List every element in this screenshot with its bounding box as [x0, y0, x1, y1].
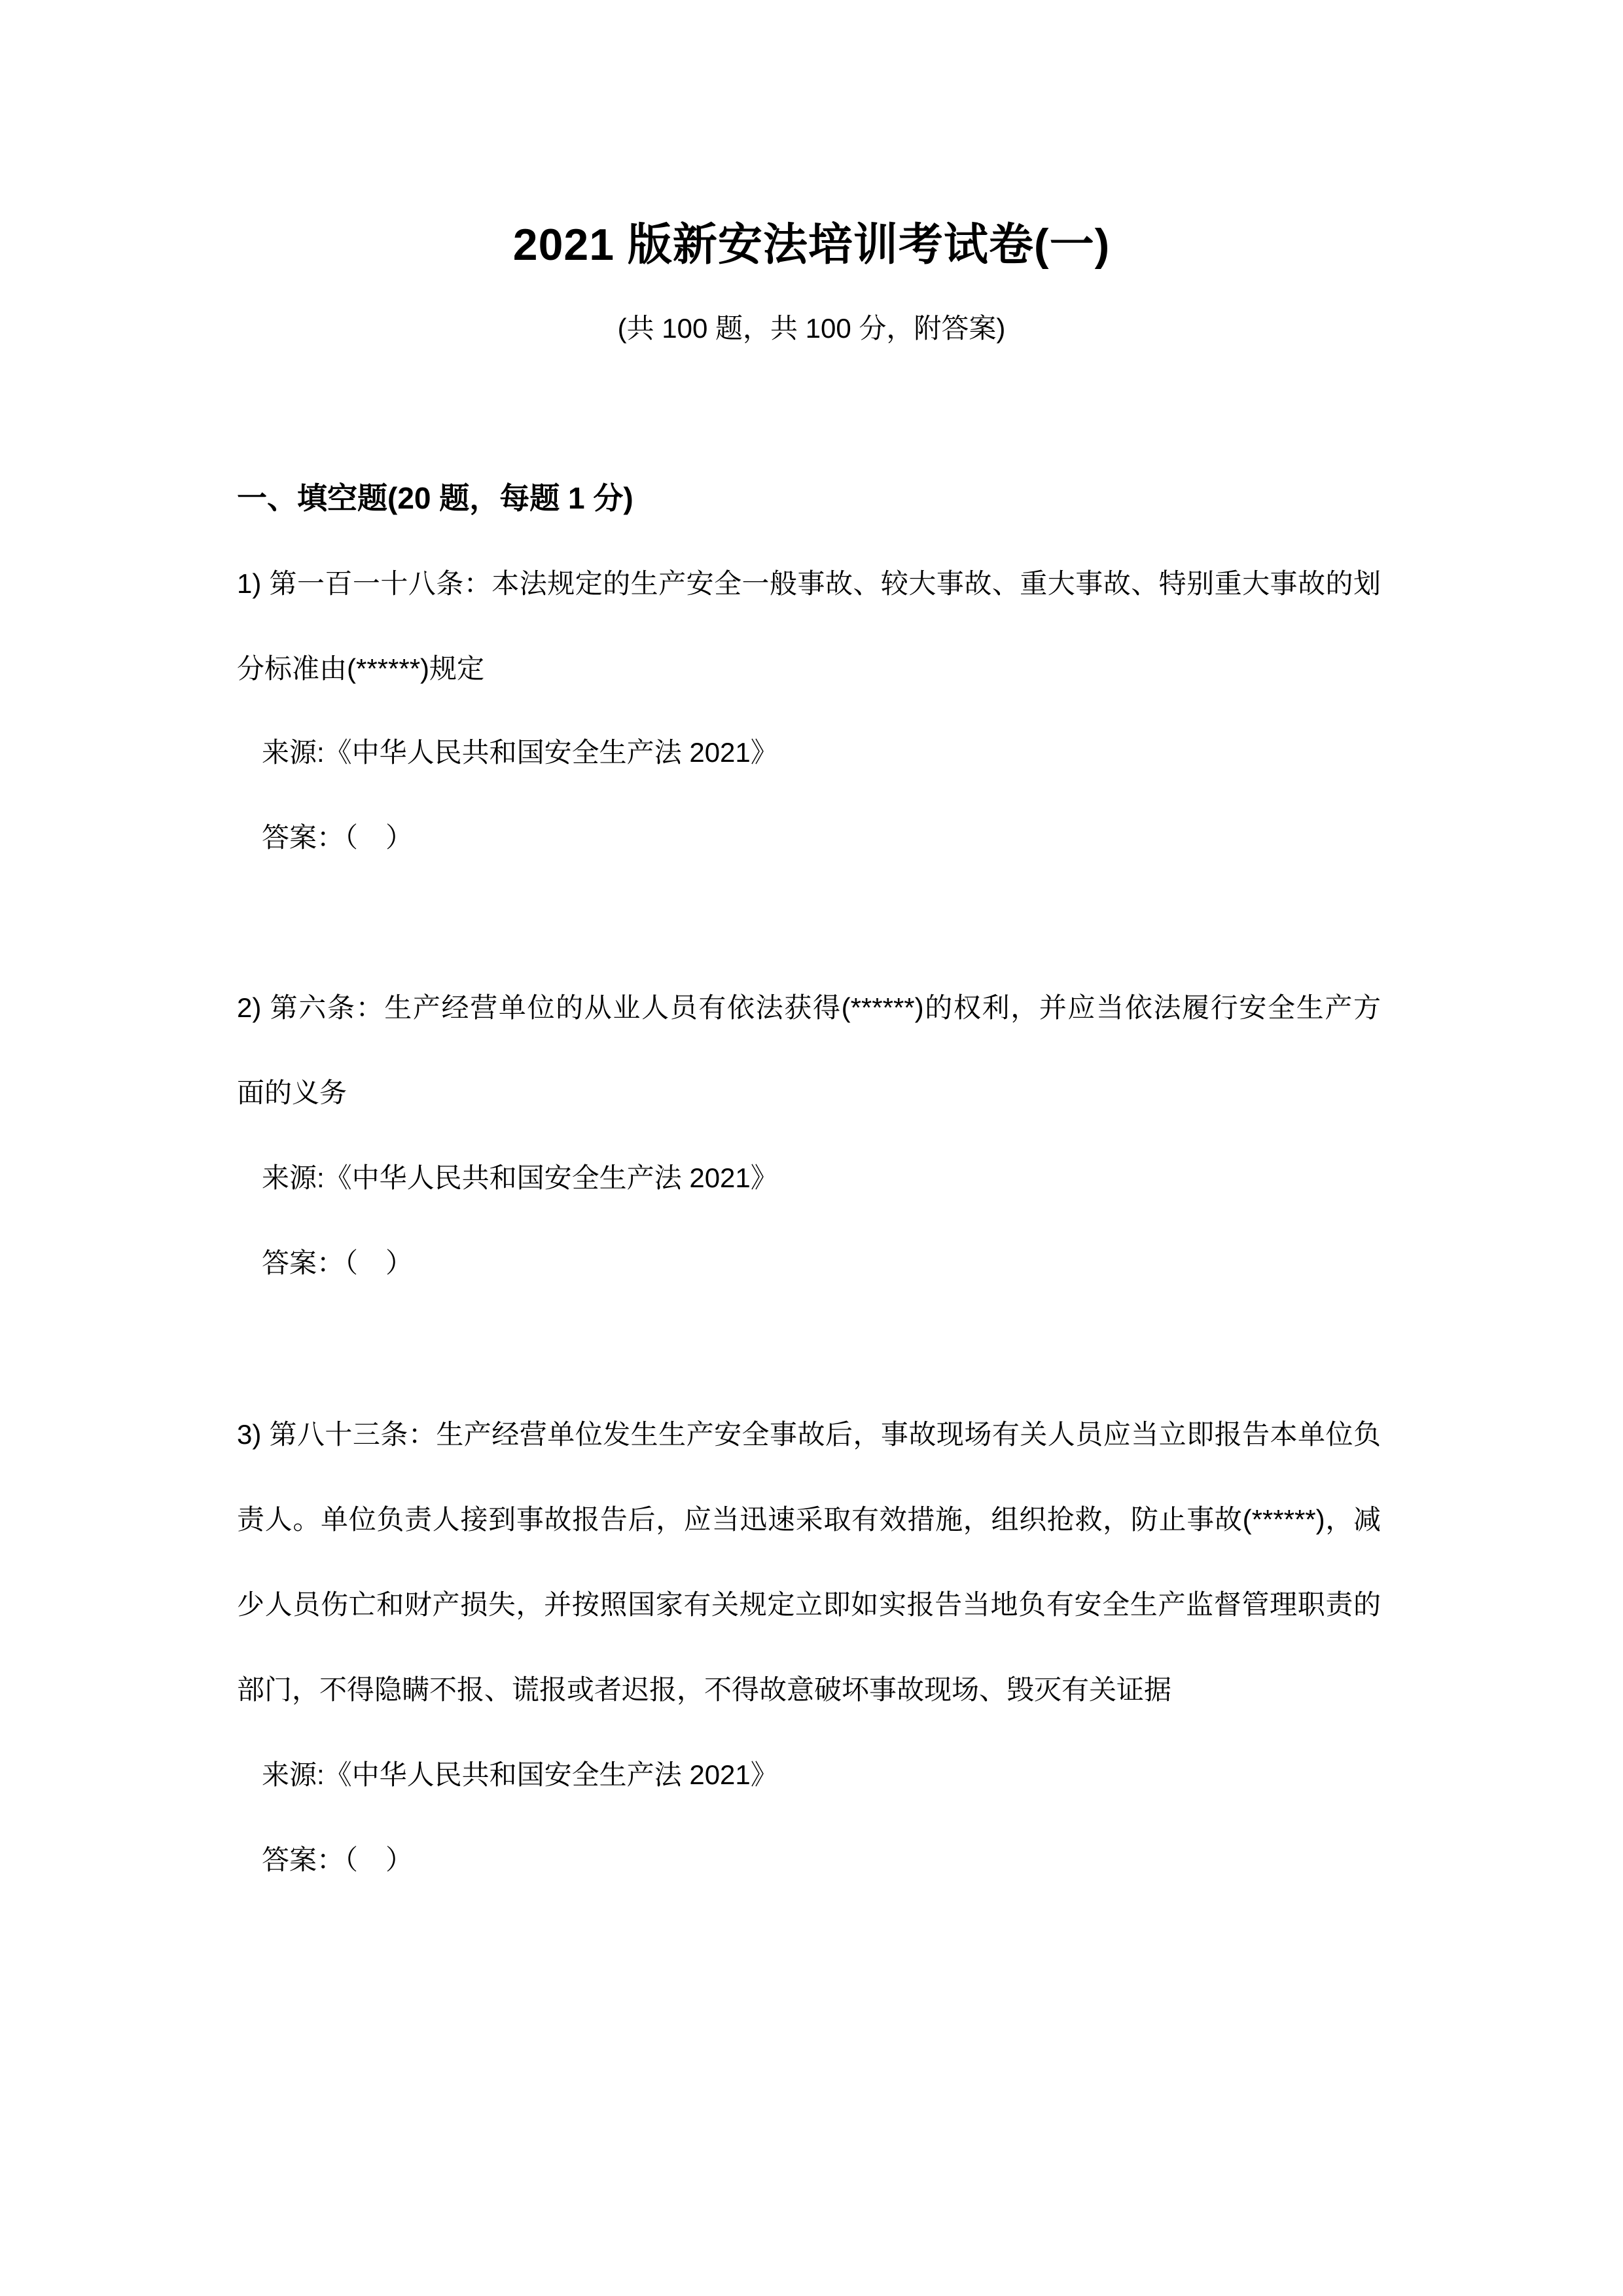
section-heading: 一、填空题(20 题，每题 1 分): [237, 480, 633, 518]
question-text-line: 1) 第一百一十八条：本法规定的生产安全一般事故、较大事故、重大事故、特别重大事…: [237, 567, 1381, 601]
question-text-line: 部门，不得隐瞒不报、谎报或者迟报，不得故意破坏事故现场、毁灭有关证据: [237, 1673, 1381, 1708]
question-answer-blank: 答案：（ ）: [262, 1843, 413, 1878]
question-text-line: 3) 第八十三条：生产经营单位发生生产安全事故后，事故现场有关人员应当立即报告本…: [237, 1418, 1381, 1452]
question-text-line: 分标准由(******)规定: [237, 652, 1381, 687]
question-text-line: 少人员伤亡和财产损失，并按照国家有关规定立即如实报告当地负有安全生产监督管理职责…: [237, 1588, 1381, 1623]
document-subtitle: (共 100 题，共 100 分，附答案): [0, 312, 1623, 346]
question-source: 来源:《中华人民共和国安全生产法 2021》: [262, 1161, 778, 1196]
question-answer-blank: 答案：（ ）: [262, 821, 413, 855]
document-title: 2021 版新安法培训考试卷(一): [0, 217, 1623, 273]
question-source: 来源:《中华人民共和国安全生产法 2021》: [262, 1758, 778, 1793]
exam-document-page: 2021 版新安法培训考试卷(一) (共 100 题，共 100 分，附答案) …: [0, 0, 1623, 2296]
question-text-line: 面的义务: [237, 1076, 1381, 1111]
question-text-line: 2) 第六条：生产经营单位的从业人员有依法获得(******)的权利，并应当依法…: [237, 991, 1381, 1026]
question-text-line: 责人。单位负责人接到事故报告后，应当迅速采取有效措施，组织抢救，防止事故(***…: [237, 1503, 1381, 1537]
question-source: 来源:《中华人民共和国安全生产法 2021》: [262, 736, 778, 770]
question-answer-blank: 答案：（ ）: [262, 1246, 413, 1281]
